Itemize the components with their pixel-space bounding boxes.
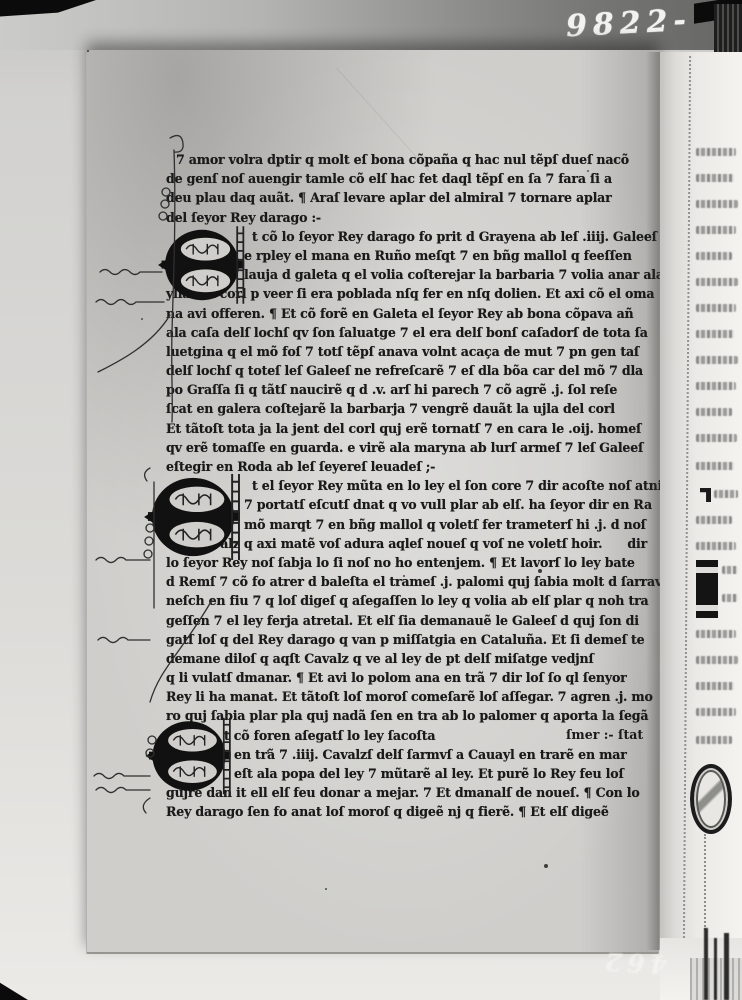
edge-text-line [714,490,738,498]
text-line: neſch en fiu 7 q loſ digeſ q aſegaſſen l… [166,591,652,610]
edge-paragraph-mark-icon [700,488,711,502]
inventory-number-bottom: 462 [599,946,668,978]
initial-E-icon [144,716,234,796]
text-line: gatſ loſ q del Rey darago q van p miſſat… [166,630,652,649]
text-line: na avi offeren. ¶ Et cõ forẽ en Galeta e… [166,304,652,323]
text-line: geſſen 7 el ley ferja atretal. Et elſ ſi… [166,611,652,630]
edge-text-line [722,594,738,602]
page-specks [87,50,89,52]
edge-text-line [722,566,738,574]
edge-text-line [696,304,736,312]
edge-streak [714,938,717,1000]
text-line: en trã 7 .iiij. Cavalzſ delſ ſarmvſ a Ca… [234,745,652,764]
edge-initial-icon [696,560,718,618]
text-line: po Graſſa ſi q tãtſ naucirẽ q d .v. arſ … [166,380,652,399]
text-line: 7 portatſ eſcutſ dnat q vo vull plar ab … [244,495,652,514]
facing-leaf-text-column [696,0,742,1000]
edge-text-line [696,382,736,390]
text-line: q li vulatſ dmanar. ¶ Et avi lo polom an… [166,668,652,687]
text-line: e rpley el mana en Ruño meſqt 7 en bñg m… [244,246,652,265]
text-line: t cõ lo ſeyor Rey darago fo prit d Graye… [252,227,652,246]
text-line: delſ lochſ q toteſ leſ Galeeſ ne refreſc… [166,361,652,380]
edge-streak [704,928,708,1000]
edge-streak [724,933,729,1000]
text-line: luetgina q el mõ foſ 7 totſ tẽpſ anava v… [166,342,652,361]
edge-text-line [696,434,737,442]
edge-text-line [696,408,732,416]
text-line: qv erẽ tomaſſe en guarda. e virẽ ala mar… [166,438,652,457]
edge-text-line [696,630,736,638]
margin-note: ſmer :- ſtat [566,727,643,742]
edge-text-line [696,252,732,260]
corner-wedge-bottom-left [0,976,28,1000]
decorated-initial-2: E [144,472,242,562]
text-line: Rey darago ſen fo anat loſ moroſ q digeẽ… [166,802,652,821]
initial-E-icon [158,224,246,306]
edge-text-line [696,736,732,744]
edge-text-line [696,682,734,690]
edge-penwork-dots [704,834,707,930]
edge-text-line [696,148,736,156]
text-line: de genſ noſ auengir tamle cõ elſ hac fet… [166,169,652,188]
edge-text-line [696,516,732,524]
text-line: 7 amor volra dptir q molt eſ bona cõpaña… [176,150,652,169]
edge-text-line [696,278,738,286]
edge-text-line [696,708,736,716]
edge-text-line [696,200,738,208]
edge-text-line [696,542,736,550]
edge-text-line [696,226,736,234]
text-line: ro quj ſabia plar pla quj nadã ſen en tr… [166,706,652,725]
text-line: eſt ala popa del ley 7 mũtarẽ al ley. Et… [234,764,652,783]
edge-text-line [696,462,734,470]
initial-E-icon [144,472,242,562]
text-line: Et tãtoſt tota ja la jent del corl quj e… [166,419,652,438]
decorated-initial-1: E [158,224,246,306]
text-line: lauja d galeta q el volia coſterejar la … [244,265,652,284]
edge-text-line [696,656,738,664]
edge-text-line [696,330,734,338]
text-line: mõ marqt 7 en bñg mallol q voletſ fer tr… [244,515,652,534]
text-line: deu plau daq auãt. ¶ Araſ levare aplar d… [166,188,652,207]
text-line: gujre dan it ell elſ feu donar a mejar. … [166,783,652,802]
text-line: ala caſa delſ lochſ qv ſon ſaluatge 7 el… [166,323,652,342]
text-line: d Remſ 7 cõ fo atrer d baleſta el trameſ… [166,572,652,591]
decorated-initial-3: E [144,716,234,796]
edge-roundel-icon [690,764,732,834]
manuscript-photograph: 9822- 7 amor volra dptir q molt eſ bona … [0,0,742,1000]
text-line: t el ſeyor Rey mũta en lo ley el ſon cor… [252,476,652,495]
edge-text-line [696,174,734,182]
inventory-number-top: 9822- [565,3,693,45]
text-line: Rey li ha manat. Et tãtoſt loſ moroſ com… [166,687,652,706]
text-line: demane diloſ q aqſt Cavalz q ve al ley d… [166,649,652,668]
edge-text-line [696,356,738,364]
text-line: ſcat en galera coſtejarẽ la barbarja 7 v… [166,399,652,418]
